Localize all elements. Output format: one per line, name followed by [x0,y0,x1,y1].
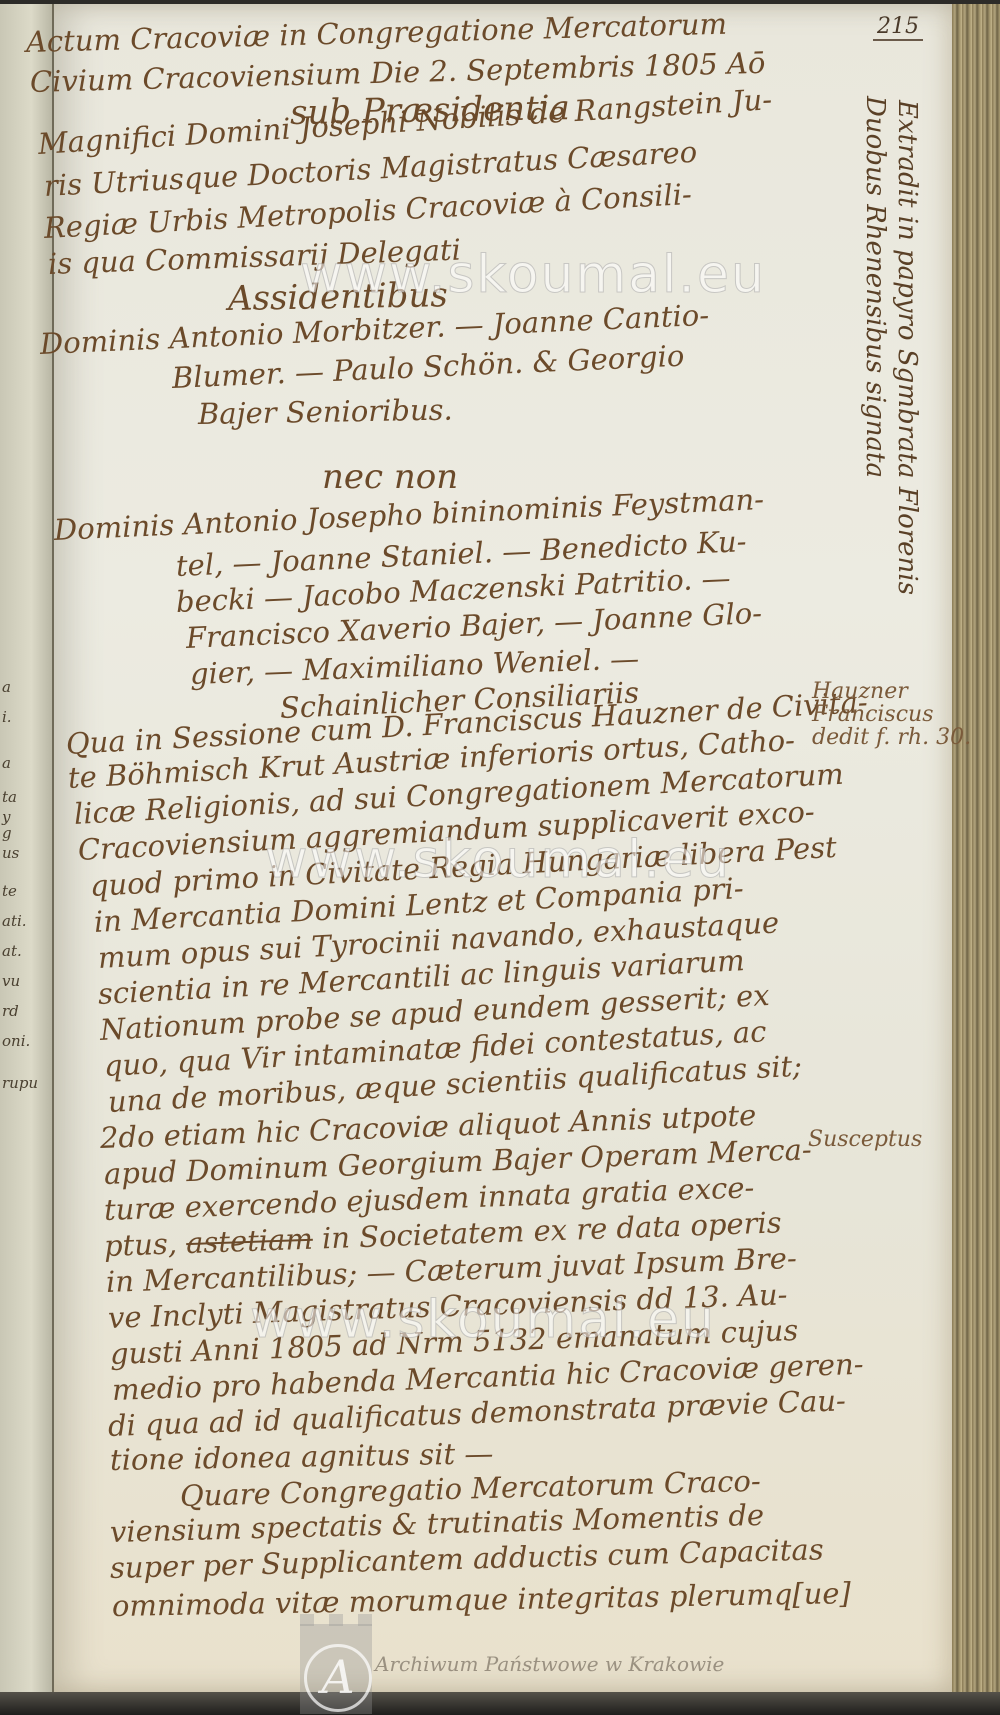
left-page-fragment: rupu [2,1076,42,1091]
margin-note-line: dedit f. rh. 30. [812,726,971,749]
text-line: tione idonea agnitus sit — [110,1439,494,1475]
left-page-fragment: us [2,846,42,861]
left-page-fragment: vu [2,974,42,989]
page-number: 215 [873,14,923,41]
left-page-fragment: ta [2,790,42,805]
book-page-edges [952,4,1000,1692]
left-page-fragment: oni. [2,1034,42,1049]
text-line: Bajer Senioribus. [198,396,453,429]
watermark: www.skoumal.eu [300,245,766,305]
left-page-fragment: y [2,810,42,825]
heading-nec-non: nec non [322,460,458,494]
vertical-margin-note: Extradit in papyro Sgmbrata Florenis [892,100,922,595]
bottom-shadow [0,1692,1000,1715]
hauzner-margin-note: Hauzner Franciscus dedit f. rh. 30. [812,680,971,749]
left-page-fragment: g [2,826,42,841]
margin-note-line: Franciscus [812,703,971,726]
archive-logo-icon: A [300,1624,372,1714]
left-page-fragment: ati. [2,914,42,929]
vertical-margin-note: Duobus Rhenensibus signata [860,96,890,478]
manuscript-book: a i. a ta y g us te ati. at. vu rd oni. … [0,0,1000,1715]
left-page-fragment: i. [2,710,42,725]
watermark: www.skoumal.eu [250,1290,716,1350]
archive-stamp-text: Archiwum Państwowe w Krakowie [375,1652,724,1676]
archive-logo-letter: A [304,1644,372,1712]
struck-out-word: astetiam [186,1222,314,1260]
left-page-fragment: te [2,884,42,899]
margin-note-line: Hauzner [812,680,971,703]
left-page-fragment: at. [2,944,42,959]
left-page-fragment: rd [2,1004,42,1019]
left-page-strip: a i. a ta y g us te ati. at. vu rd oni. … [0,4,54,1704]
text-fragment: ptus, [103,1226,186,1263]
watermark: www.skoumal.eu [265,830,731,890]
left-page-fragment: a [2,680,42,695]
left-page-fragment: a [2,756,42,771]
susceptus-margin-note: Susceptus [808,1128,922,1151]
